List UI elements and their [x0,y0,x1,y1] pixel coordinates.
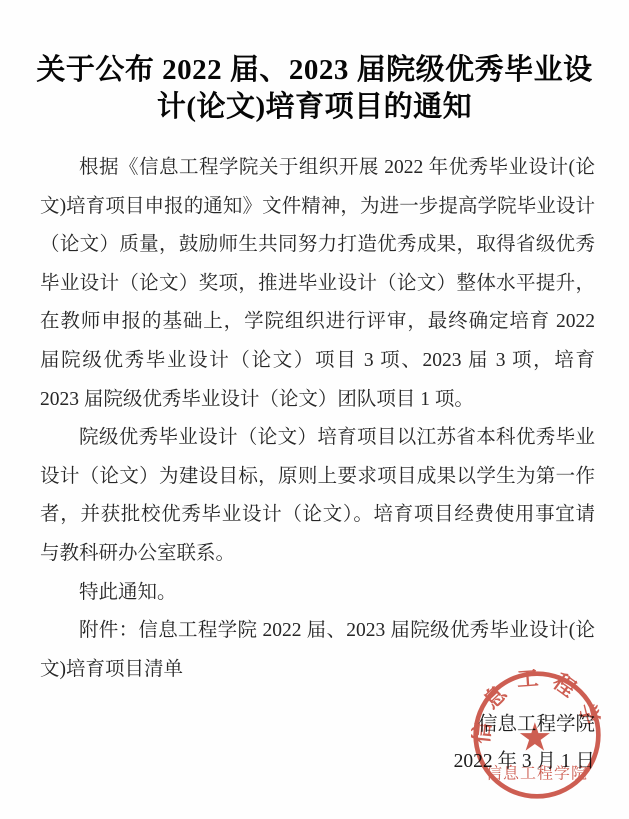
notice-title: 关于公布 2022 届、2023 届院级优秀毕业设计(论文)培育项目的通知 [0,0,629,126]
signature-date: 2022 年 3 月 1 日 [454,743,595,780]
paragraph-hereby: 特此通知。 [40,574,595,613]
signature-block: 信息工程学院 2022 年 3 月 1 日 [454,706,595,780]
paragraph-goal: 院级优秀毕业设计（论文）培育项目以江苏省本科优秀毕业设计（论文）为建设目标，原则… [40,419,595,573]
notice-document: 关于公布 2022 届、2023 届院级优秀毕业设计(论文)培育项目的通知 根据… [0,0,629,819]
signature-org: 信息工程学院 [454,706,595,743]
paragraph-basis: 根据《信息工程学院关于组织开展 2022 年优秀毕业设计(论文)培育项目申报的通… [40,149,595,419]
notice-body: 根据《信息工程学院关于组织开展 2022 年优秀毕业设计(论文)培育项目申报的通… [0,149,629,689]
paragraph-attachment: 附件：信息工程学院 2022 届、2023 届院级优秀毕业设计(论文)培育项目清… [40,612,595,689]
